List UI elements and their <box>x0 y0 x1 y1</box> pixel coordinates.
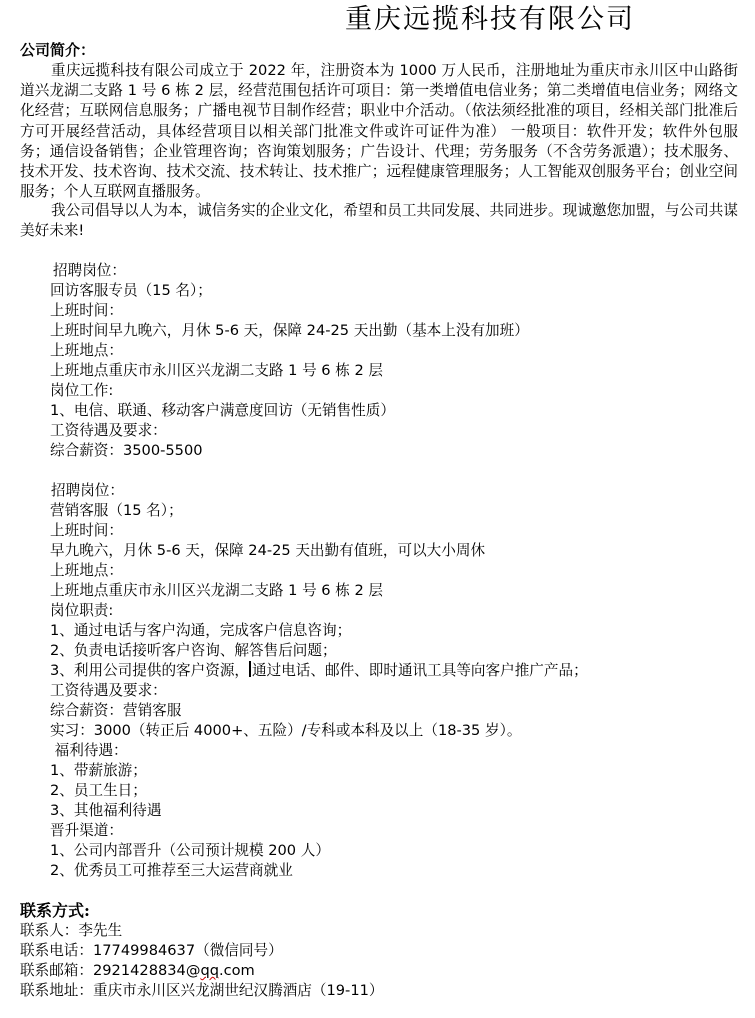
job2-duty-3: 3、利用公司提供的客户资源，通过电话、邮件、即时通讯工具等向客户推广产品； <box>50 661 588 681</box>
job2-benefit-1: 1、带薪旅游； <box>50 761 588 781</box>
job2-promotion-2: 2、优秀员工可推荐至三大运营商就业 <box>50 861 588 881</box>
contact-email-label: 联系邮箱： <box>20 962 93 979</box>
job1-position-name: 回访客服专员（15 名）； <box>50 281 529 301</box>
intro-heading: 公司简介： <box>20 40 95 60</box>
job1-position-label: 招聘岗位： <box>53 261 529 281</box>
job2-hours-label: 上班时间： <box>50 521 588 541</box>
job-posting-2: 招聘岗位： 营销客服（15 名）； 上班时间： 早九晚六，月休 5-6 天，保障… <box>50 481 588 881</box>
job1-location-label: 上班地点： <box>50 341 529 361</box>
contact-email-domain: qq <box>200 962 219 979</box>
job-posting-1: 招聘岗位： 回访客服专员（15 名）； 上班时间： 上班时间早九晚六，月休 5-… <box>50 261 529 461</box>
job1-duties-label: 岗位工作: <box>50 381 529 401</box>
contact-phone: 联系电话：17749984637（微信同号） <box>20 941 283 961</box>
job2-location-label: 上班地点： <box>50 561 588 581</box>
intro-paragraph-1: 重庆远揽科技有限公司成立于 2022 年，注册资本为 1000 万人民币，注册地… <box>20 61 738 202</box>
contact-address: 联系地址：重庆市永川区兴龙湖世纪汉腾酒店（19-11） <box>20 981 384 1001</box>
contact-email-tld: .com <box>219 962 255 979</box>
contact-person-label: 联系人： <box>20 922 78 939</box>
job2-benefit-3: 3、其他福利待遇 <box>50 801 588 821</box>
job2-duties-label: 岗位职责: <box>50 601 588 621</box>
intro-paragraph-2: 我公司倡导以人为本，诚信务实的企业文化，希望和员工共同发展、共同进步。现诚邀您加… <box>20 201 738 241</box>
job2-duty-1: 1、通过电话与客户沟通，完成客户信息咨询； <box>50 621 588 641</box>
job1-salary-label: 工资待遇及要求： <box>50 421 529 441</box>
job2-hours: 早九晚六，月休 5-6 天，保障 24-25 天出勤有值班，可以大小周休 <box>50 541 588 561</box>
job2-duty-3-part2: 通过电话、邮件、即时通讯工具等向客户推广产品； <box>252 662 588 679</box>
job2-position-label: 招聘岗位： <box>51 481 588 501</box>
job2-duty-3-part1: 3、利用公司提供的客户资源， <box>50 662 249 679</box>
job2-location: 上班地点重庆市永川区兴龙湖二支路 1 号 6 栋 2 层 <box>50 581 588 601</box>
job2-internship: 实习：3000（转正后 4000+、五险）/专科或本科及以上（18-35 岁）。 <box>50 721 588 741</box>
text-cursor <box>249 661 251 677</box>
job2-salary-label: 工资待遇及要求： <box>50 681 588 701</box>
job1-duty-1: 1、电信、联通、移动客户满意度回访（无销售性质） <box>50 401 529 421</box>
job2-position-name: 营销客服（15 名）； <box>50 501 588 521</box>
company-title: 重庆远揽科技有限公司 <box>0 3 635 37</box>
job1-hours-label: 上班时间： <box>50 301 529 321</box>
job2-duty-2: 2、负责电话接听客户咨询、解答售后问题； <box>50 641 588 661</box>
contact-email: 联系邮箱：2921428834@qq.com <box>20 961 255 981</box>
contact-phone-value: 17749984637（微信同号） <box>93 942 283 959</box>
job2-promotion-1: 1、公司内部晋升（公司预计规模 200 人） <box>50 841 588 861</box>
job1-location: 上班地点重庆市永川区兴龙湖二支路 1 号 6 栋 2 层 <box>50 361 529 381</box>
job1-hours: 上班时间早九晚六，月休 5-6 天，保障 24-25 天出勤（基本上没有加班） <box>50 321 529 341</box>
contact-email-user: 2921428834@ <box>93 962 200 979</box>
contact-address-label: 联系地址： <box>20 982 93 999</box>
contact-address-value: 重庆市永川区兴龙湖世纪汉腾酒店（19-11） <box>93 982 384 999</box>
job2-benefits-label: 福利待遇： <box>50 741 588 761</box>
contact-phone-label: 联系电话： <box>20 942 93 959</box>
job2-promotion-label: 晋升渠道： <box>50 821 588 841</box>
contact-heading: 联系方式: <box>20 901 90 921</box>
job2-benefit-2: 2、员工生日； <box>50 781 588 801</box>
contact-person: 联系人：李先生 <box>20 921 122 941</box>
contact-person-value: 李先生 <box>78 922 122 939</box>
job2-salary: 综合薪资：营销客服 <box>50 701 588 721</box>
job1-salary: 综合薪资：3500-5500 <box>50 441 529 461</box>
